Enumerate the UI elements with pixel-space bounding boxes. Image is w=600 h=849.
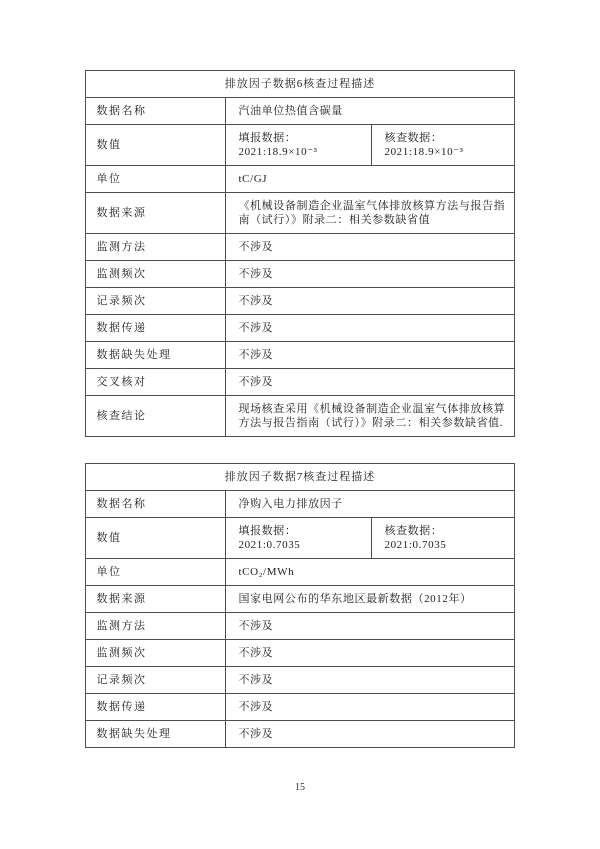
table-row: 记录频次不涉及 bbox=[86, 667, 514, 694]
table-title-row: 排放因子数据6核查过程描述 bbox=[86, 71, 514, 98]
row-label: 监测频次 bbox=[86, 640, 226, 667]
table-body: 排放因子数据7核查过程描述数据名称净购入电力排放因子数值填报数据： 2021:0… bbox=[86, 464, 514, 748]
emission-factor-6-verification-table: 排放因子数据6核查过程描述数据名称汽油单位热值含碳量数值填报数据： 2021:1… bbox=[85, 70, 514, 437]
row-label: 数据传递 bbox=[86, 694, 226, 721]
row-label: 数据缺失处理 bbox=[86, 721, 226, 748]
emission-factor-7-verification-table: 排放因子数据7核查过程描述数据名称净购入电力排放因子数值填报数据： 2021:0… bbox=[85, 463, 514, 748]
table-row: 单位tC/GJ bbox=[86, 166, 514, 193]
row-label: 交叉核对 bbox=[86, 369, 226, 396]
row-value: 国家电网公布的华东地区最新数据（2012年） bbox=[226, 586, 514, 613]
table-title: 排放因子数据6核查过程描述 bbox=[86, 71, 514, 98]
table-row: 数据缺失处理不涉及 bbox=[86, 342, 514, 369]
row-value: 不涉及 bbox=[226, 369, 514, 396]
table-body: 排放因子数据6核查过程描述数据名称汽油单位热值含碳量数值填报数据： 2021:1… bbox=[86, 71, 514, 437]
row-label: 数据名称 bbox=[86, 98, 226, 125]
page-number: 15 bbox=[0, 782, 600, 793]
row-value: 不涉及 bbox=[226, 342, 514, 369]
table-row: 数据传递不涉及 bbox=[86, 315, 514, 342]
table-row: 记录频次不涉及 bbox=[86, 288, 514, 315]
row-value: 现场核查采用《机械设备制造企业温室气体排放核算方法与报告指南（试行）》附录二：相… bbox=[226, 396, 514, 437]
row-value: tC/GJ bbox=[226, 166, 514, 193]
table-title: 排放因子数据7核查过程描述 bbox=[86, 464, 514, 491]
table-row: 数据名称净购入电力排放因子 bbox=[86, 491, 514, 518]
row-value: 净购入电力排放因子 bbox=[226, 491, 514, 518]
row-label: 监测方法 bbox=[86, 613, 226, 640]
reported-data-cell: 填报数据： 2021:0.7035 bbox=[226, 518, 372, 559]
row-value: 汽油单位热值含碳量 bbox=[226, 98, 514, 125]
row-label: 核查结论 bbox=[86, 396, 226, 437]
table-row: 监测频次不涉及 bbox=[86, 261, 514, 288]
table-row: 监测方法不涉及 bbox=[86, 613, 514, 640]
row-value: 不涉及 bbox=[226, 640, 514, 667]
row-value: 不涉及 bbox=[226, 261, 514, 288]
row-value: 不涉及 bbox=[226, 288, 514, 315]
verified-data-cell: 核查数据： 2021:18.9×10⁻³ bbox=[372, 125, 514, 166]
table-row: 核查结论现场核查采用《机械设备制造企业温室气体排放核算方法与报告指南（试行）》附… bbox=[86, 396, 514, 437]
table-row: 交叉核对不涉及 bbox=[86, 369, 514, 396]
row-label: 单位 bbox=[86, 559, 226, 586]
table-title-row: 排放因子数据7核查过程描述 bbox=[86, 464, 514, 491]
row-value: tCO₂/MWh bbox=[226, 559, 514, 586]
table-row: 数值填报数据： 2021:18.9×10⁻³核查数据： 2021:18.9×10… bbox=[86, 125, 514, 166]
row-value: 不涉及 bbox=[226, 667, 514, 694]
row-label: 数据来源 bbox=[86, 586, 226, 613]
row-value: 不涉及 bbox=[226, 694, 514, 721]
row-value: 不涉及 bbox=[226, 315, 514, 342]
table-row: 监测频次不涉及 bbox=[86, 640, 514, 667]
table-row: 数据缺失处理不涉及 bbox=[86, 721, 514, 748]
row-label: 数值 bbox=[86, 125, 226, 166]
row-label: 数据缺失处理 bbox=[86, 342, 226, 369]
row-value: 不涉及 bbox=[226, 721, 514, 748]
row-label: 数值 bbox=[86, 518, 226, 559]
reported-data-cell: 填报数据： 2021:18.9×10⁻³ bbox=[226, 125, 372, 166]
row-value: 不涉及 bbox=[226, 234, 514, 261]
row-label: 监测方法 bbox=[86, 234, 226, 261]
table-row: 监测方法不涉及 bbox=[86, 234, 514, 261]
table-row: 数据来源《机械设备制造企业温室气体排放核算方法与报告指南（试行）》附录二：相关参… bbox=[86, 193, 514, 234]
row-label: 监测频次 bbox=[86, 261, 226, 288]
row-value: 《机械设备制造企业温室气体排放核算方法与报告指南（试行）》附录二：相关参数缺省值 bbox=[226, 193, 514, 234]
verified-data-cell: 核查数据： 2021:0.7035 bbox=[372, 518, 514, 559]
table-row: 数据名称汽油单位热值含碳量 bbox=[86, 98, 514, 125]
row-label: 单位 bbox=[86, 166, 226, 193]
row-label: 记录频次 bbox=[86, 288, 226, 315]
row-label: 数据传递 bbox=[86, 315, 226, 342]
table-row: 数值填报数据： 2021:0.7035核查数据： 2021:0.7035 bbox=[86, 518, 514, 559]
document-page: 排放因子数据6核查过程描述数据名称汽油单位热值含碳量数值填报数据： 2021:1… bbox=[0, 0, 600, 849]
row-label: 数据来源 bbox=[86, 193, 226, 234]
row-value: 不涉及 bbox=[226, 613, 514, 640]
row-label: 数据名称 bbox=[86, 491, 226, 518]
table-row: 单位tCO₂/MWh bbox=[86, 559, 514, 586]
table-row: 数据传递不涉及 bbox=[86, 694, 514, 721]
row-label: 记录频次 bbox=[86, 667, 226, 694]
table-row: 数据来源国家电网公布的华东地区最新数据（2012年） bbox=[86, 586, 514, 613]
